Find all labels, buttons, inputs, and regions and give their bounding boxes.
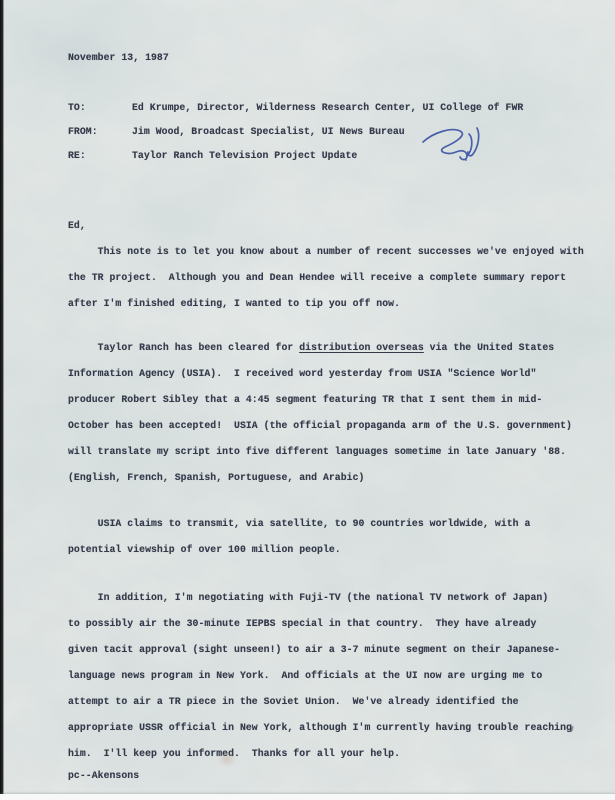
scan-edge-left — [0, 0, 4, 796]
memo-paragraph-4: In addition, I'm negotiating with Fuji-T… — [68, 585, 572, 767]
memo-to-row: TO:Ed Krumpe, Director, Wilderness Resea… — [68, 95, 523, 121]
memo-paragraph-3: USIA claims to transmit, via satellite, … — [68, 511, 530, 563]
paragraph-2-underlined-phrase: distribution overseas — [299, 342, 424, 353]
memo-re-row: RE:Taylor Ranch Television Project Updat… — [68, 143, 357, 169]
memo-scan-page: November 13, 1987 TO:Ed Krumpe, Director… — [0, 0, 615, 800]
to-value: Ed Krumpe, Director, Wilderness Research… — [132, 95, 523, 121]
memo-paragraph-2: Taylor Ranch has been cleared for distri… — [68, 335, 572, 491]
re-value: Taylor Ranch Television Project Update — [132, 143, 357, 169]
memo-cc-line: pc--Akensons — [68, 763, 139, 789]
to-label: TO: — [68, 95, 132, 121]
from-value: Jim Wood, Broadcast Specialist, UI News … — [132, 119, 405, 145]
paragraph-2-after: via the United States Information Agency… — [68, 342, 572, 483]
re-label: RE: — [68, 143, 132, 169]
paper-stain — [214, 748, 240, 770]
memo-from-row: FROM:Jim Wood, Broadcast Specialist, UI … — [68, 119, 405, 145]
memo-date: November 13, 1987 — [68, 45, 169, 71]
memo-salutation: Ed, — [68, 213, 86, 239]
scan-edge-bottom — [0, 794, 615, 800]
from-label: FROM: — [68, 119, 132, 145]
jim-wood-signature-icon — [422, 121, 486, 169]
memo-paragraph-1: This note is to let you know about a num… — [68, 239, 584, 317]
paragraph-2-before: Taylor Ranch has been cleared for — [68, 342, 299, 353]
